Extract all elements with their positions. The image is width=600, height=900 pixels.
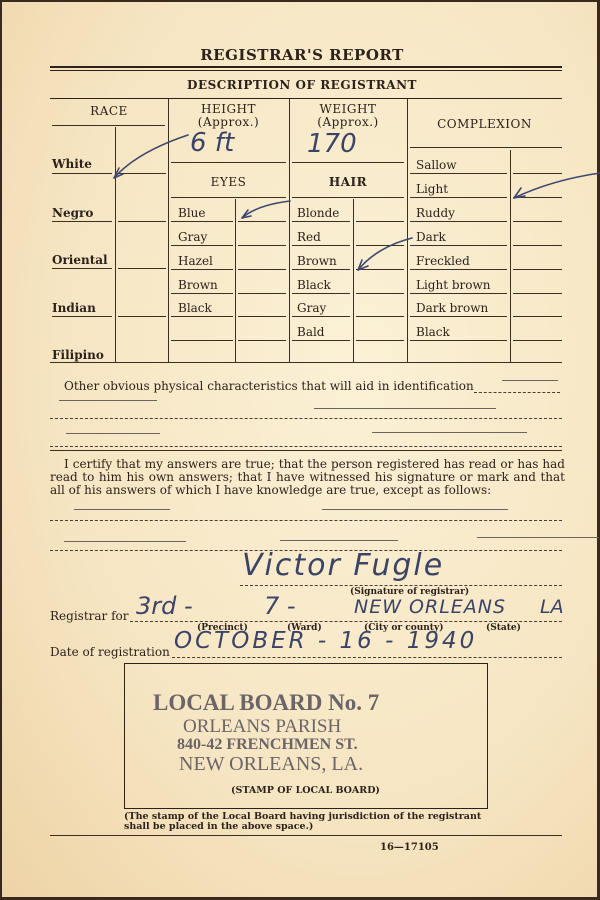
registrar-report-card: REGISTRAR'S REPORT DESCRIPTION OF REGIST… [2, 2, 597, 897]
date-of-registration-label: Date of registration [50, 645, 170, 659]
section-rule [50, 450, 562, 451]
date-of-registration-value: OCTOBER - 16 - 1940 [174, 628, 477, 654]
registrar-for-label: Registrar for [50, 609, 128, 623]
check-mark-icon-eyes-blue [242, 201, 290, 218]
check-marks [2, 2, 600, 402]
stamp-line-parish: ORLEANS PARISH [183, 716, 341, 738]
stamp-note: (The stamp of the Local Board having jur… [124, 812, 494, 832]
check-mark-icon-complexion-light [514, 173, 600, 198]
form-number: 16—17105 [380, 842, 439, 853]
date-of-registration-field[interactable] [172, 657, 562, 658]
certification-text: I certify that my answers are true; that… [50, 458, 565, 497]
other-characteristics-line-2[interactable] [50, 418, 562, 419]
stamp-line-board: LOCAL BOARD No. 7 [153, 690, 379, 716]
other-characteristics-line-3[interactable] [50, 446, 562, 447]
footer-rule [50, 835, 562, 836]
exceptions-line-1[interactable] [50, 520, 562, 521]
signature-field[interactable] [240, 585, 562, 586]
other-characteristics-field[interactable] [474, 392, 560, 393]
pencil-mark [66, 433, 160, 434]
pencil-mark [59, 400, 157, 401]
stamp-line-address: 840-42 FRENCHMEN ST. [177, 736, 358, 754]
signature-value: Victor Fugle [242, 548, 444, 583]
pencil-mark [322, 509, 508, 510]
check-mark-icon-race-white [114, 135, 188, 178]
check-mark-icon-hair-brown [358, 238, 412, 270]
stamp-line-city: NEW ORLEANS, LA. [179, 753, 363, 776]
ward-value: 7 - [264, 592, 296, 620]
local-board-stamp-box: LOCAL BOARD No. 7 ORLEANS PARISH 840-42 … [124, 663, 488, 809]
stamp-caption: (STAMP OF LOCAL BOARD) [231, 785, 380, 796]
precinct-value: 3rd - [136, 592, 193, 620]
city-value: NEW ORLEANS [354, 596, 506, 618]
pencil-mark [477, 537, 599, 538]
registrar-for-field[interactable] [130, 621, 562, 622]
state-caption: (State) [486, 623, 521, 633]
state-value: LA [540, 596, 564, 618]
pencil-mark [314, 408, 496, 409]
pencil-mark [64, 541, 186, 542]
other-characteristics-label: Other obvious physical characteristics t… [64, 380, 474, 393]
pencil-mark [74, 509, 170, 510]
pencil-mark [372, 432, 527, 433]
pencil-mark [280, 540, 398, 541]
pencil-mark [502, 380, 558, 381]
